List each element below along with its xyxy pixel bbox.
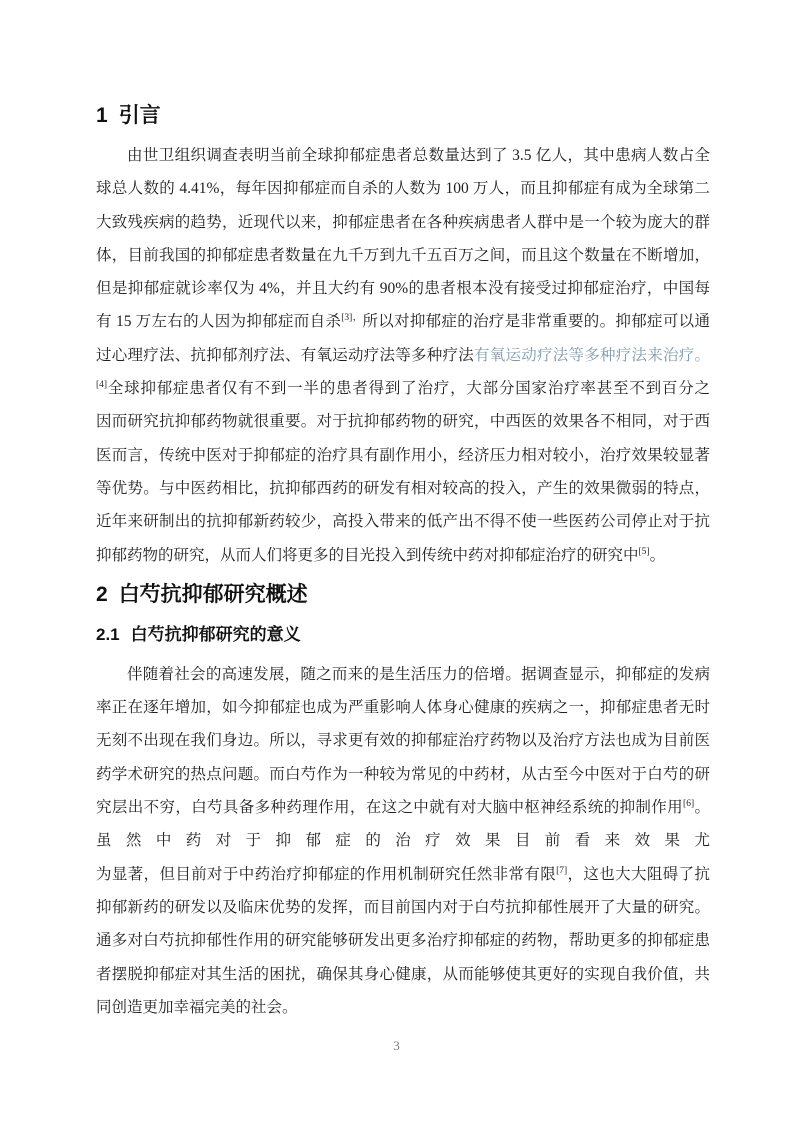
text-segment: 因而研究抗抑郁药物就很重要。对于抗抑郁药物的研究，中西医的效果各不相同，对于西 — [96, 413, 710, 430]
text-line: 无刻不出现在我们身边。所以，寻求更有效的抑郁症治疗药物以及治疗方法也成为目前医 — [96, 724, 710, 757]
text-segment: 无刻不出现在我们身边。所以，寻求更有效的抑郁症治疗药物以及治疗方法也成为目前医 — [96, 732, 710, 749]
text-segment: 究层出不穷，白芍具备多种药理作用，在这之中就有对大脑中枢神经系统的抑制作用 — [96, 799, 683, 816]
text-line: 为显著，但目前对于中药治疗抑郁症的作用机制研究任然非常有限[7]，这也大大阻碍了… — [96, 858, 710, 891]
text-segment: 球总人数的 4.41%，每年因抑郁症而自杀的人数为 100 万人，而且抑郁症有成… — [96, 180, 710, 197]
section-heading-1: 1引言 — [96, 101, 710, 131]
citation-superscript: [7] — [556, 866, 567, 876]
text-line: 率正在逐年增加，如今抑郁症也成为严重影响人体身心健康的疾病之一，抑郁症患者无时 — [96, 691, 710, 724]
heading-title: 白芍抗抑郁研究概述 — [119, 583, 308, 606]
text-segment: 等优势。与中医药相比，抗抑郁西药的研发有相对较高的投入，产生的效果微弱的特点， — [96, 480, 710, 497]
heading-number: 2.1 — [96, 625, 120, 644]
text-line: 等优势。与中医药相比，抗抑郁西药的研发有相对较高的投入，产生的效果微弱的特点， — [96, 472, 710, 505]
document-page: 1引言由世卫组织调查表明当前全球抑郁症患者总数量达到了 3.5 亿人，其中患病人… — [0, 0, 793, 1122]
text-segment: 。 — [694, 799, 710, 816]
text-line: 究层出不穷，白芍具备多种药理作用，在这之中就有对大脑中枢神经系统的抑制作用[6]… — [96, 791, 710, 824]
text-line: 伴随着社会的高速发展，随之而来的是生活压力的倍增。据调查显示，抑郁症的发病 — [96, 658, 710, 691]
text-segment: 同创造更加幸福完美的社会。 — [96, 999, 298, 1016]
text-segment: 过心理疗法、抗抑郁剂疗法、有氧运动疗法等多种疗法 — [96, 347, 474, 364]
citation-superscript: [4] — [96, 380, 107, 390]
text-segment: 近年来研制出的抗抑郁新药较少，高投入带来的低产出不得不使一些医药公司停止对于抗 — [96, 513, 710, 530]
text-segment: 为显著，但目前对于中药治疗抑郁症的作用机制研究任然非常有限 — [96, 866, 556, 883]
text-segment: 所以对抑郁症的治疗是非常重要的。抑郁症可以通 — [362, 313, 710, 330]
text-line: 近年来研制出的抗抑郁新药较少，高投入带来的低产出不得不使一些医药公司停止对于抗 — [96, 505, 710, 538]
text-line: 药学术研究的热点问题。而白芍作为一种较为常见的中药材，从古至今中医对于白芍的研 — [96, 758, 710, 791]
text-line: 抑郁新药的研发以及临床优势的发挥，而目前国内对于白芍抗抑郁性展开了大量的研究。 — [96, 891, 710, 924]
citation-superscript: [5] — [639, 547, 650, 557]
section-heading-2: 2白芍抗抑郁研究概述 — [96, 580, 710, 610]
text-segment: 有 15 万左右的人因为抑郁症而自杀 — [96, 313, 341, 330]
text-line: 抑郁药物的研究，从而人们将更多的目光投入到传统中药对抑郁症治疗的研究中[5]。 — [96, 539, 710, 572]
text-line: 因而研究抗抑郁药物就很重要。对于抗抑郁药物的研究，中西医的效果各不相同，对于西 — [96, 405, 710, 438]
citation-superscript: [3]， — [341, 313, 362, 323]
text-line: 同创造更加幸福完美的社会。 — [96, 991, 710, 1024]
text-segment: 大致残疾病的趋势，近现代以来，抑郁症患者在各种疾病患者人群中是一个较为庞大的群 — [96, 214, 710, 231]
text-segment: 。 — [650, 547, 666, 564]
heading-title: 引言 — [119, 104, 161, 127]
text-segment: 但是抑郁症就诊率仅为 4%，并且大约有 90%的患者根本没有接受过抑郁症治疗，中… — [96, 280, 710, 305]
page-number: 3 — [393, 1038, 400, 1053]
text-segment: 者摆脱抑郁症对其生活的困扰，确保其身心健康，从而能够使其更好的实现自我价值，共 — [96, 966, 710, 983]
text-line: 者摆脱抑郁症对其生活的困扰，确保其身心健康，从而能够使其更好的实现自我价值，共 — [96, 958, 710, 991]
heading-number: 2 — [96, 583, 108, 606]
text-line: 但是抑郁症就诊率仅为 4%，并且大约有 90%的患者根本没有接受过抑郁症治疗，中… — [96, 272, 710, 305]
paragraph: 伴随着社会的高速发展，随之而来的是生活压力的倍增。据调查显示，抑郁症的发病率正在… — [96, 658, 710, 1024]
text-line: 通多对白芍抗抑郁性作用的研究能够研发出更多治疗抑郁症的药物，帮助更多的抑郁症患 — [96, 924, 710, 957]
text-segment: 由世卫组织调查表明当前全球抑郁症患者总数量达到了 3.5 亿人，其中患病人数占全 — [127, 147, 710, 164]
text-segment: 全球抑郁症患者仅有不到一半的患者得到了治疗，大部分国家治疗率甚至不到百分之十， — [96, 380, 710, 405]
page-footer: 3 — [0, 1037, 793, 1055]
citation-superscript: [6] — [683, 799, 694, 809]
paragraph: 由世卫组织调查表明当前全球抑郁症患者总数量达到了 3.5 亿人，其中患病人数占全… — [96, 139, 710, 572]
text-segment: 率正在逐年增加，如今抑郁症也成为严重影响人体身心健康的疾病之一，抑郁症患者无时 — [96, 699, 710, 716]
text-line: 体，目前我国的抑郁症患者数量在九千万到九千五百万之间，而且这个数量在不断增加， — [96, 239, 710, 272]
text-line: 虽然中药对于抑郁症的治疗效果目前看来效果尤 — [96, 824, 710, 857]
text-line: [4]全球抑郁症患者仅有不到一半的患者得到了治疗，大部分国家治疗率甚至不到百分之… — [96, 372, 710, 405]
text-line: 有 15 万左右的人因为抑郁症而自杀[3]，所以对抑郁症的治疗是非常重要的。抑郁… — [96, 305, 710, 338]
text-segment: 药学术研究的热点问题。而白芍作为一种较为常见的中药材，从古至今中医对于白芍的研 — [96, 766, 710, 783]
section-heading-2.1: 2.1白芍抗抑郁研究的意义 — [96, 622, 710, 648]
text-segment: 体，目前我国的抑郁症患者数量在九千万到九千五百万之间，而且这个数量在不断增加， — [96, 247, 710, 264]
inserted-text: 有氧运动疗法等多种疗法来治疗。 — [474, 347, 710, 364]
text-line: 大致残疾病的趋势，近现代以来，抑郁症患者在各种疾病患者人群中是一个较为庞大的群 — [96, 206, 710, 239]
text-line: 过心理疗法、抗抑郁剂疗法、有氧运动疗法等多种疗法有氧运动疗法等多种疗法来治疗。 — [96, 339, 710, 372]
heading-title: 白芍抗抑郁研究的意义 — [131, 625, 301, 644]
text-segment: 通多对白芍抗抑郁性作用的研究能够研发出更多治疗抑郁症的药物，帮助更多的抑郁症患 — [96, 932, 710, 949]
text-segment: 医而言，传统中医对于抑郁症的治疗具有副作用小，经济压力相对较小，治疗效果较显著 — [96, 447, 710, 464]
document-body: 1引言由世卫组织调查表明当前全球抑郁症患者总数量达到了 3.5 亿人，其中患病人… — [96, 101, 710, 1024]
text-line: 医而言，传统中医对于抑郁症的治疗具有副作用小，经济压力相对较小，治疗效果较显著 — [96, 439, 710, 472]
text-segment: 抑郁新药的研发以及临床优势的发挥，而目前国内对于白芍抗抑郁性展开了大量的研究。 — [96, 899, 710, 916]
heading-number: 1 — [96, 104, 108, 127]
text-line: 由世卫组织调查表明当前全球抑郁症患者总数量达到了 3.5 亿人，其中患病人数占全 — [96, 139, 710, 172]
text-line: 球总人数的 4.41%，每年因抑郁症而自杀的人数为 100 万人，而且抑郁症有成… — [96, 172, 710, 205]
text-segment: 抑郁药物的研究，从而人们将更多的目光投入到传统中药对抑郁症治疗的研究中 — [96, 547, 639, 564]
text-segment: 伴随着社会的高速发展，随之而来的是生活压力的倍增。据调查显示，抑郁症的发病 — [127, 666, 710, 683]
text-segment: 虽然中药对于抑郁症的治疗效果目前看来效果尤 — [96, 832, 710, 849]
text-segment: ，这也大大阻碍了抗 — [567, 866, 710, 883]
